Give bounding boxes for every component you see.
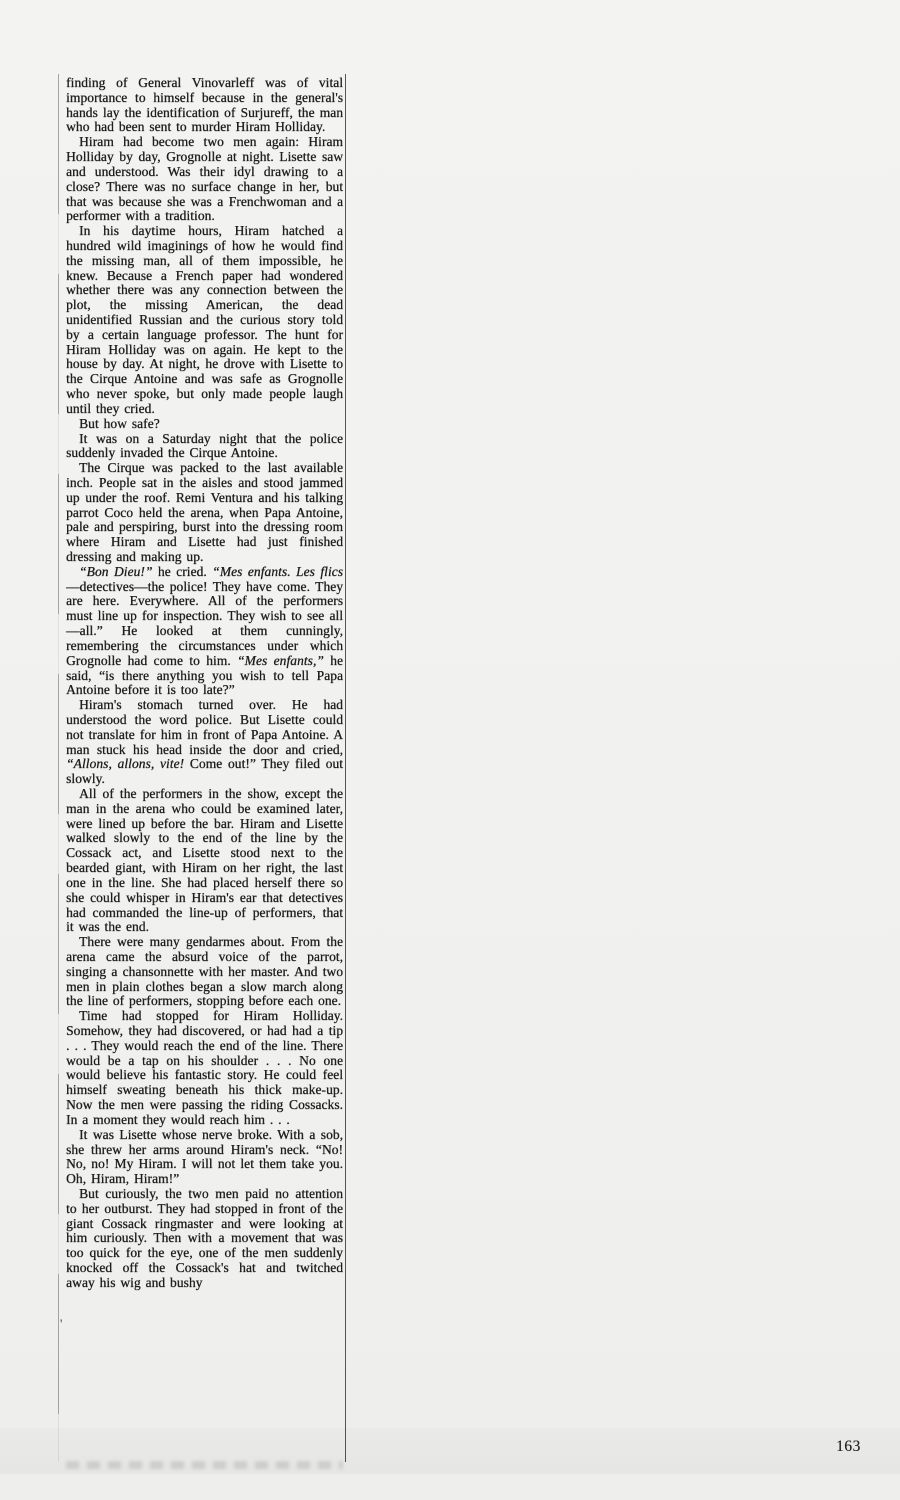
page-number: 163 [836, 1438, 861, 1456]
paragraph: The Cirque was packed to the last availa… [66, 461, 343, 565]
column-rule-right [345, 74, 346, 1462]
italic-text-run: “Allons, allons, vite! [66, 756, 184, 771]
article-column: finding of General Vinovarleff was of vi… [66, 76, 343, 1291]
column-rule-left [58, 74, 59, 1462]
text-run: But how safe? [79, 416, 160, 431]
text-run: In his daytime hours, Hiram hatched a hu… [66, 223, 343, 416]
paragraph: finding of General Vinovarleff was of vi… [66, 76, 343, 135]
text-run: Hiram's stomach turned over. He had unde… [66, 697, 343, 756]
paragraph: “Bon Dieu!” he cried. “Mes enfants. Les … [66, 565, 343, 698]
paragraph: There were many gendarmes about. From th… [66, 935, 343, 1009]
text-run: Time had stopped for Hiram Holliday. Som… [66, 1008, 343, 1127]
paragraph: Time had stopped for Hiram Holliday. Som… [66, 1009, 343, 1128]
scanned-page: finding of General Vinovarleff was of vi… [0, 0, 900, 1500]
italic-text-run: “Bon Dieu!” [79, 564, 152, 579]
text-run: But curiously, the two men paid no atten… [66, 1186, 343, 1290]
text-run: There were many gendarmes about. From th… [66, 934, 343, 1008]
paragraph: It was on a Saturday night that the poli… [66, 432, 343, 462]
text-run: finding of General Vinovarleff was of vi… [66, 75, 343, 134]
paragraph: But how safe? [66, 417, 343, 432]
text-run: All of the performers in the show, excep… [66, 786, 343, 934]
text-run: It was Lisette whose nerve broke. With a… [66, 1127, 343, 1186]
text-run: It was on a Saturday night that the poli… [66, 431, 343, 461]
paragraph: Hiram's stomach turned over. He had unde… [66, 698, 343, 787]
text-run: Hiram had become two men again: Hiram Ho… [66, 134, 343, 223]
paragraph: It was Lisette whose nerve broke. With a… [66, 1128, 343, 1187]
paragraph: In his daytime hours, Hiram hatched a hu… [66, 224, 343, 417]
italic-text-run: “Mes enfants,” [237, 653, 324, 668]
italic-text-run: “Mes enfants. Les flics [212, 564, 343, 579]
cutoff-text-artifact [66, 1461, 343, 1469]
text-run: he cried. [152, 564, 212, 579]
paragraph: Hiram had become two men again: Hiram Ho… [66, 135, 343, 224]
paragraph: But curiously, the two men paid no atten… [66, 1187, 343, 1291]
text-run: The Cirque was packed to the last availa… [66, 460, 343, 564]
stray-ink-mark: ' [60, 1316, 62, 1332]
paragraph: All of the performers in the show, excep… [66, 787, 343, 935]
